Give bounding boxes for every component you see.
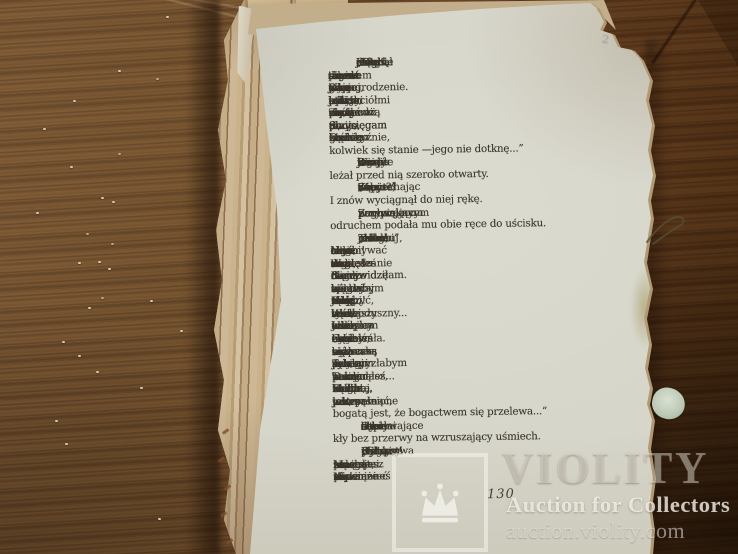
- binding-stitch: [218, 456, 225, 462]
- page-number: 130: [487, 487, 515, 502]
- wire-fragment: [643, 212, 691, 248]
- text-block: „NiejesteśKitty”,ciągnąłdalejHaghi.„Cieb…: [328, 53, 660, 484]
- paper-scrap: [649, 384, 689, 422]
- corner-smudge: 2: [601, 32, 610, 46]
- book: 2 „NiejesteśKitty”,ciągnąłdalejHaghi.„Ci…: [0, 0, 738, 554]
- photo-scene: 2 „NiejesteśKitty”,ciągnąłdalejHaghi.„Ci…: [0, 0, 738, 554]
- book-page: 2 „NiejesteśKitty”,ciągnąłdalejHaghi.„Ci…: [0, 0, 738, 554]
- page-stain: [630, 266, 656, 350]
